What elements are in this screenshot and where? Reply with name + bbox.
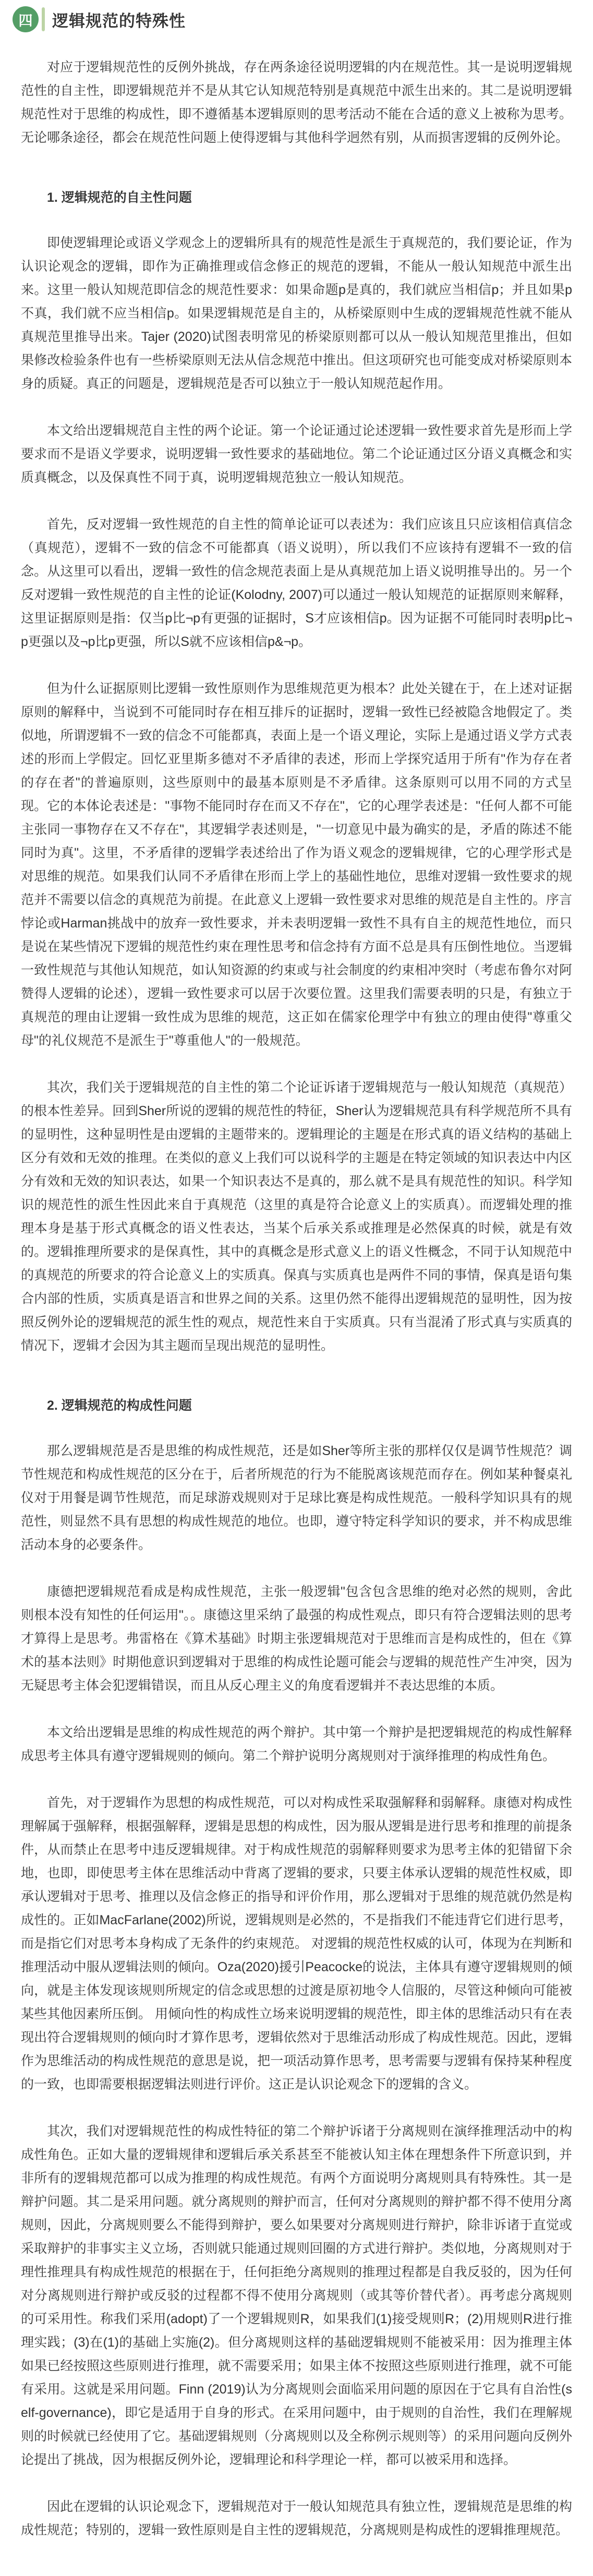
section-1-paragraph: 但为什么证据原则比逻辑一致性原则作为思维规范更为根本？此处关键在于，在上述对证据… bbox=[21, 677, 572, 1053]
section-1-heading: 1. 逻辑规范的自主性问题 bbox=[21, 187, 572, 208]
section-1-paragraph: 其次，我们关于逻辑规范的自主性的第二个论证诉诸于逻辑规范与一般认知规范（真规范）… bbox=[21, 1076, 572, 1358]
intro-paragraph: 对应于逻辑规范性的反例外挑战，存在两条途径说明逻辑的内在规范性。其一是说明逻辑规… bbox=[21, 56, 572, 150]
document-header: 四 逻辑规范的特殊性 bbox=[13, 5, 572, 32]
conclusion-paragraph: 因此在逻辑的认识论观念下，逻辑规范对于一般认知规范具有独立性，逻辑规范是思维的构… bbox=[21, 2495, 572, 2542]
section-2-paragraph: 康德把逻辑规范看成是构成性规范，主张一般逻辑"包含包含思维的绝对必然的规则，舍此… bbox=[21, 1580, 572, 1698]
section-2-paragraph: 其次，我们对逻辑规范性的构成性特征的第二个辩护诉诸于分离规则在演绎推理活动中的构… bbox=[21, 2120, 572, 2472]
document-page: 四 逻辑规范的特殊性 对应于逻辑规范性的反例外挑战，存在两条途径说明逻辑的内在规… bbox=[0, 0, 593, 2576]
section-1-paragraph: 首先，反对逻辑一致性规范的自主性的简单论证可以表述为：我们应该且只应该相信真信念… bbox=[21, 513, 572, 654]
section-2-paragraph: 那么逻辑规范是否是思维的构成性规范，还是如Sher等所主张的那样仅仅是调节性规范… bbox=[21, 1439, 572, 1557]
section-1-paragraph: 即使逻辑理论或语义学观念上的逻辑所具有的规范性是派生于真规范的，我们要论证，作为… bbox=[21, 231, 572, 396]
section-2-heading: 2. 逻辑规范的构成性问题 bbox=[21, 1395, 572, 1416]
section-2-paragraph: 本文给出逻辑是思维的构成性规范的两个辩护。其中第一个辩护是把逻辑规范的构成性解释… bbox=[21, 1721, 572, 1768]
section-number-badge: 四 bbox=[13, 6, 39, 32]
section-number-text: 四 bbox=[19, 9, 33, 30]
page-title: 逻辑规范的特殊性 bbox=[52, 8, 186, 31]
header-divider bbox=[42, 7, 45, 31]
section-2-paragraph: 首先，对于逻辑作为思想的构成性规范，可以对构成性采取强解释和弱解释。康德对构成性… bbox=[21, 1791, 572, 2096]
section-1-paragraph: 本文给出逻辑规范自主性的两个论证。第一个论证通过论述逻辑一致性要求首先是形而上学… bbox=[21, 419, 572, 490]
